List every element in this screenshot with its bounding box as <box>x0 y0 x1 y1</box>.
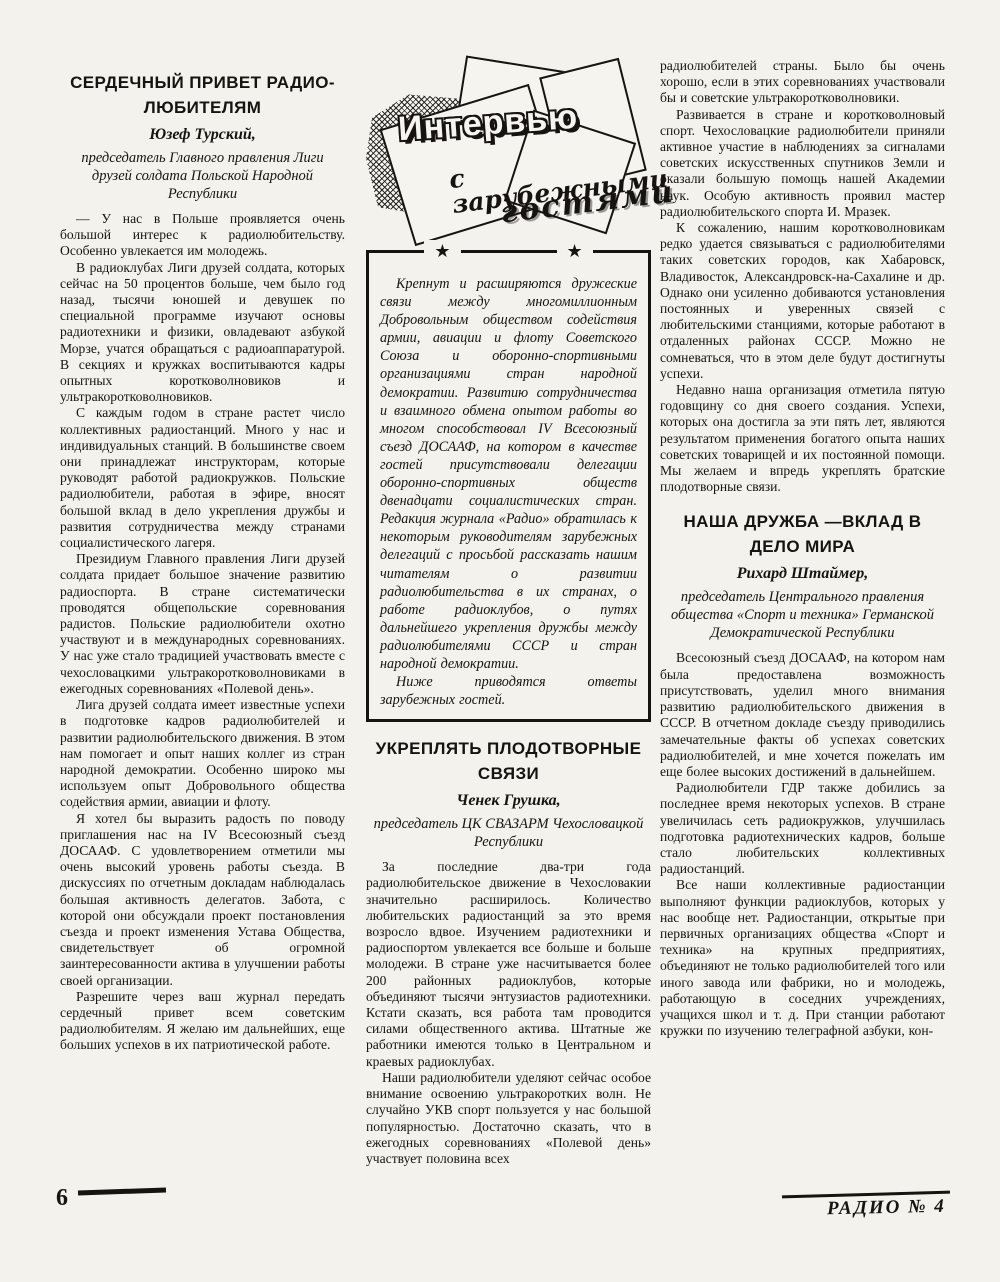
intro-paragraph: Крепнут и расширяются дружеские связи ме… <box>380 275 637 673</box>
paragraph: Наши радиолюбители уделяют сейчас особое… <box>366 1070 651 1167</box>
article1-affiliation: председатель Главного правления Лиги дру… <box>60 149 345 203</box>
paragraph: Недавно наша организация отметила пятую … <box>660 382 945 495</box>
article1-title: СЕРДЕЧНЫЙ ПРИВЕТ РАДИО-ЛЮБИТЕЛЯМ <box>60 70 345 120</box>
article3-affiliation: председатель Центрального правления обще… <box>660 588 945 642</box>
paragraph: Радиолюбители ГДР также добились за посл… <box>660 780 945 877</box>
article2-affiliation: председатель ЦК СВАЗАРМ Чехословацкой Ре… <box>366 815 651 851</box>
paragraph: С каждым годом в стране растет число кол… <box>60 405 345 551</box>
article2-title: УКРЕПЛЯТЬ ПЛОДОТВОРНЫЕ СВЯЗИ <box>366 736 651 786</box>
column-right: радиолюбителей страны. Было бы очень хор… <box>660 58 945 1039</box>
page-number-rule <box>78 1187 166 1195</box>
article3-title: НАША ДРУЖБА —ВКЛАД В ДЕЛО МИРА <box>660 509 945 559</box>
intro-paragraph: Ниже приводятся ответы зарубежных гостей… <box>380 673 637 709</box>
article3-author: Рихард Штаймер, <box>660 564 945 584</box>
box-star-decoration: ★ ★ <box>369 240 648 262</box>
paragraph: Я хотел бы выразить радость по поводу пр… <box>60 811 345 989</box>
paragraph: радиолюбителей страны. Было бы очень хор… <box>660 58 945 107</box>
article2-author: Ченек Грушка, <box>366 791 651 811</box>
paragraph: — У нас в Польше проявляется очень больш… <box>60 211 345 260</box>
interview-masthead-graphic: Интервью с зарубежными гостями <box>366 62 651 242</box>
footer-page-number: 6 <box>56 1186 68 1210</box>
column-left: СЕРДЕЧНЫЙ ПРИВЕТ РАДИО-ЛЮБИТЕЛЯМ Юзеф Ту… <box>60 70 345 1054</box>
paragraph: Развивается в стране и коротковолновый с… <box>660 107 945 220</box>
editorial-intro-box: ★ ★ Крепнут и расширяются дружеские связ… <box>366 250 651 722</box>
paragraph: Президиум Главного правления Лиги друзей… <box>60 551 345 697</box>
paragraph: За последние два-три года радиолюбительс… <box>366 859 651 1070</box>
star-icon: ★ <box>557 240 593 262</box>
column-center: Интервью с зарубежными гостями ★ ★ Крепн… <box>366 62 651 1167</box>
paragraph: Лига друзей солдата имеет известные успе… <box>60 697 345 810</box>
paragraph: Разрешите через ваш журнал передать серд… <box>60 989 345 1054</box>
paragraph: К сожалению, нашим коротковолновикам ред… <box>660 220 945 382</box>
paragraph: В радиоклубах Лиги друзей солдата, котор… <box>60 260 345 406</box>
magazine-page: СЕРДЕЧНЫЙ ПРИВЕТ РАДИО-ЛЮБИТЕЛЯМ Юзеф Ту… <box>0 0 1000 1282</box>
footer-journal-title: РАДИО № 4 <box>827 1196 946 1220</box>
paragraph: Все наши коллективные радиостанции выпол… <box>660 877 945 1039</box>
star-icon: ★ <box>424 240 460 262</box>
paragraph: Всесоюзный съезд ДОСААФ, на котором нам … <box>660 650 945 780</box>
article1-author: Юзеф Турский, <box>60 125 345 145</box>
